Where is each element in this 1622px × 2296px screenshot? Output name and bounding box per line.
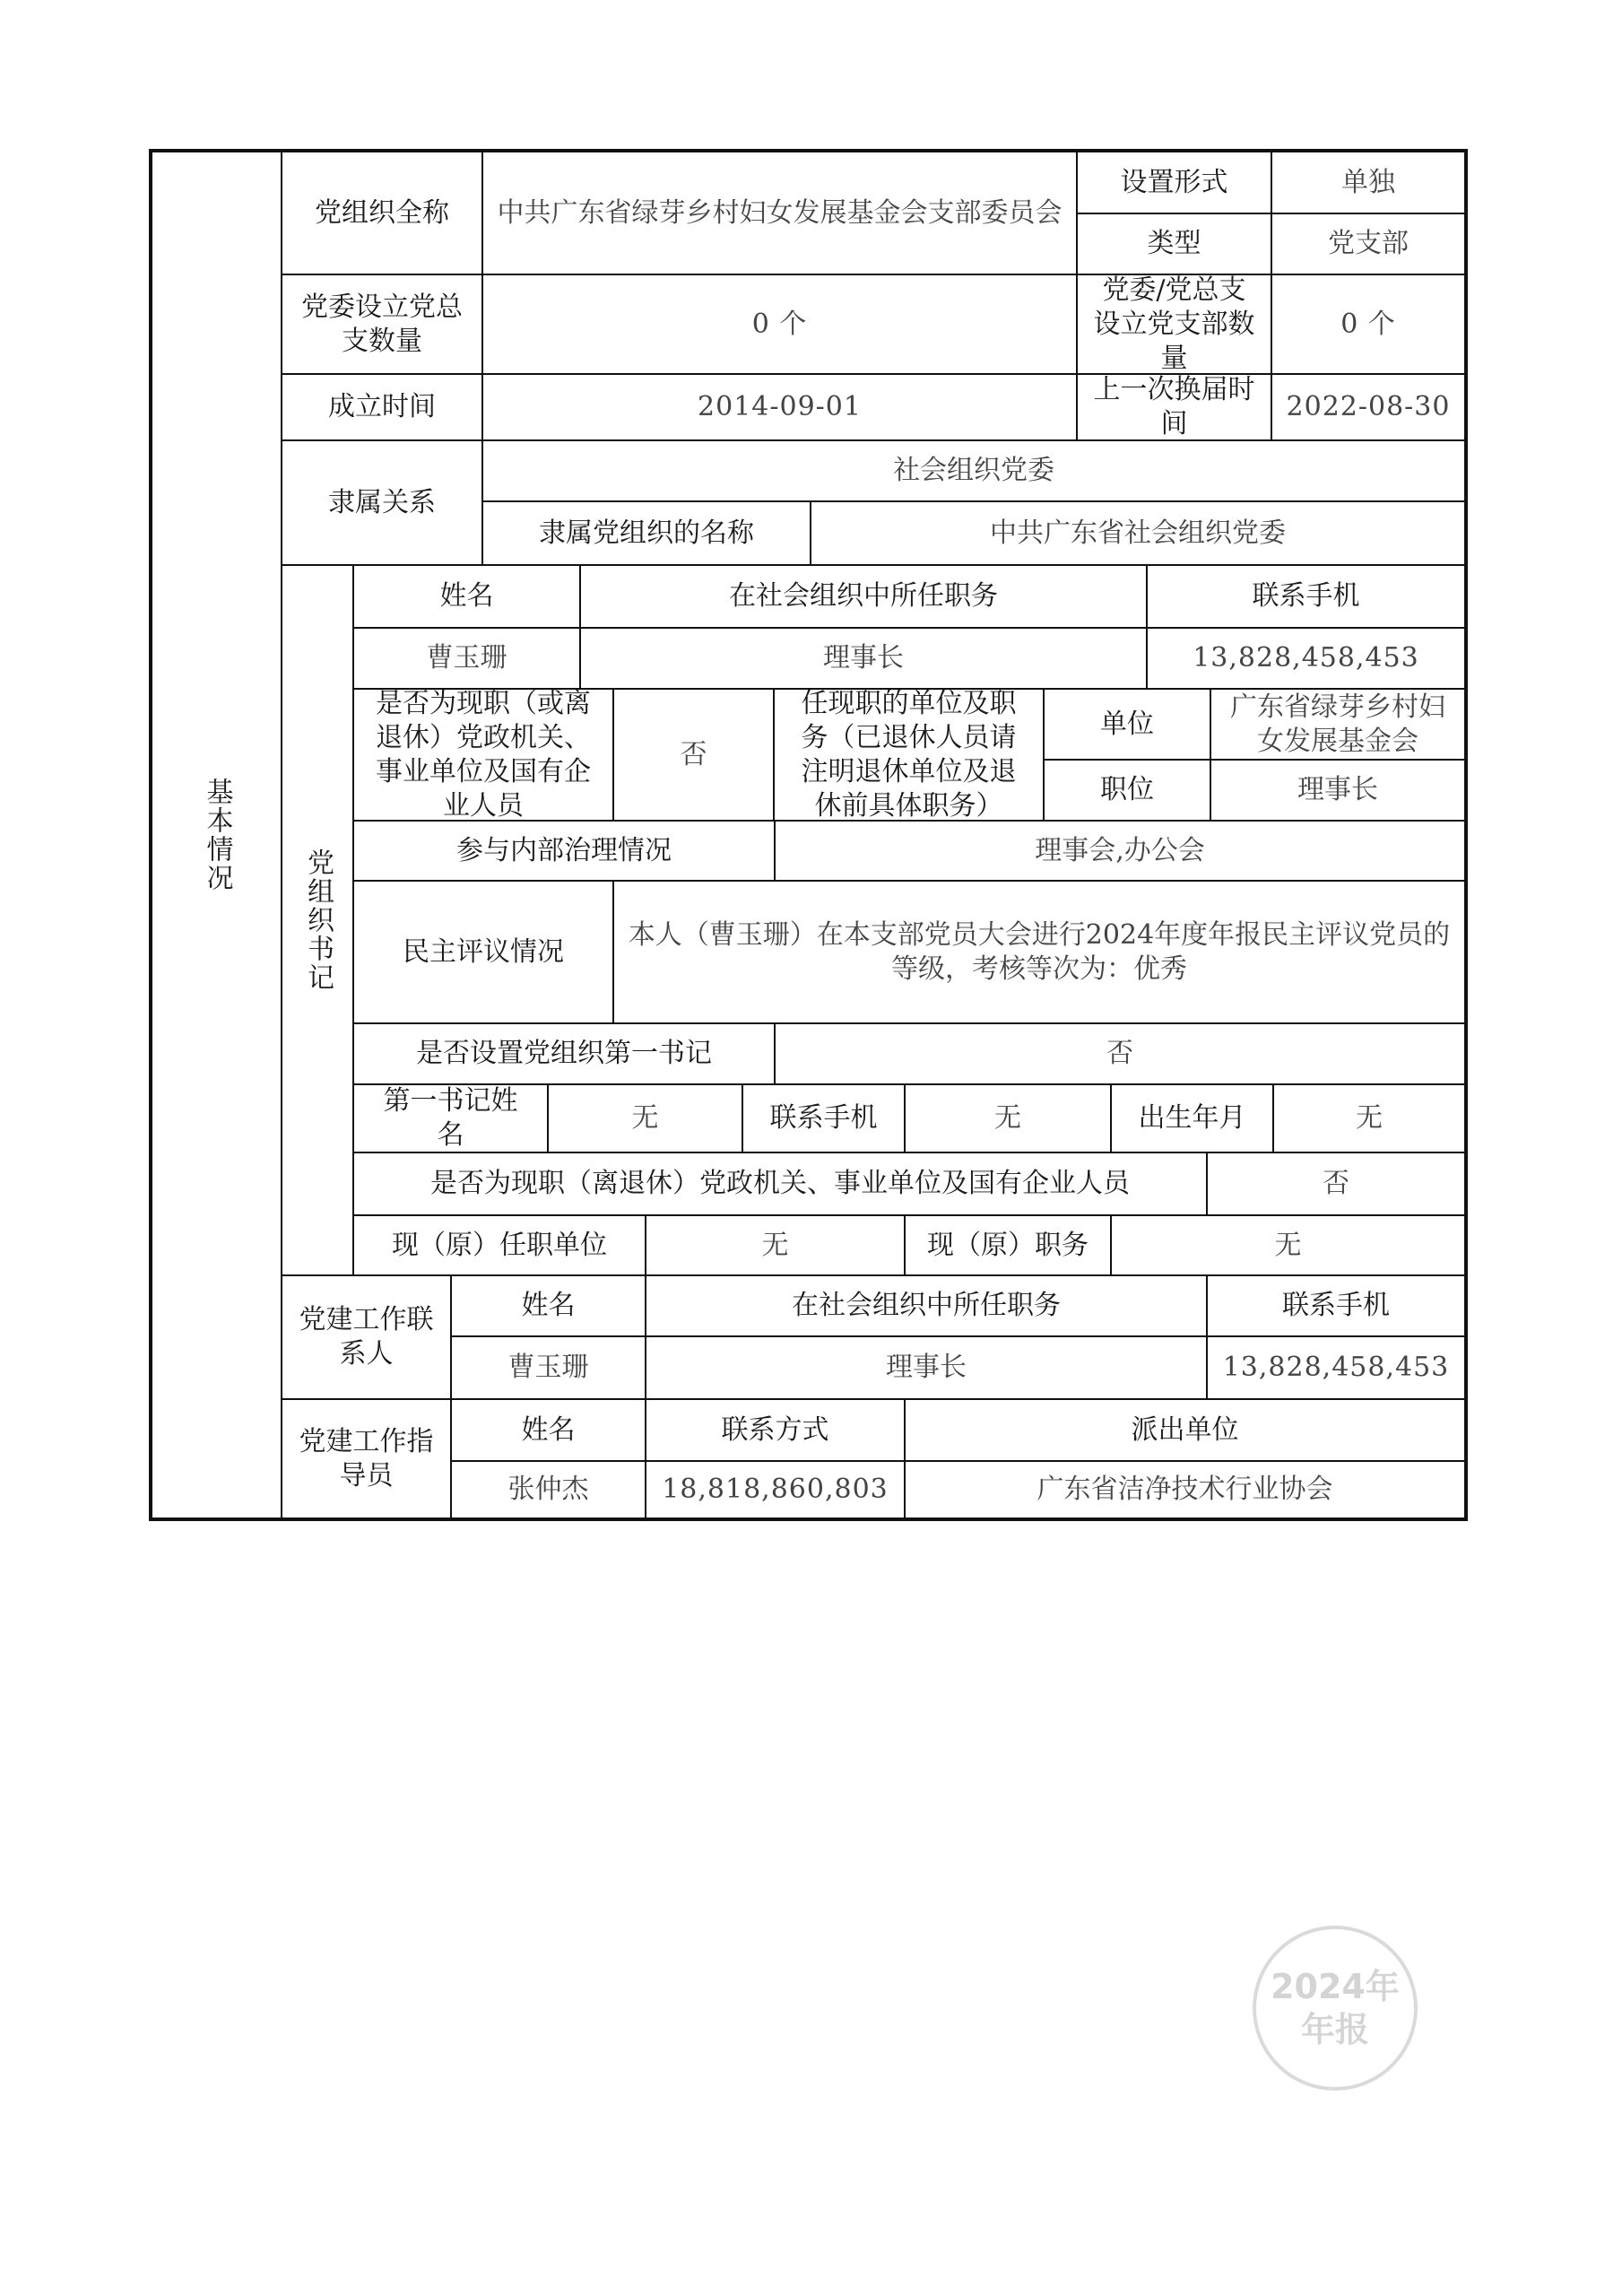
secretary-is-official-label: 是否为现职（或离退休）党政机关、事业单位及国有企业人员 [352, 688, 614, 822]
parent-org-label: 隶属党组织的名称 [481, 500, 811, 566]
secretary-phone: 13,828,458,453 [1146, 627, 1468, 690]
affiliation-label: 隶属关系 [281, 439, 483, 566]
first-secretary-phone: 无 [904, 1083, 1112, 1153]
instructor-dispatch-unit: 广东省洁净技术行业协会 [904, 1460, 1468, 1521]
watermark-line1: 2024年 [1271, 1965, 1400, 2008]
branch-count: 0 个 [1271, 274, 1468, 375]
secretary-header-name: 姓名 [352, 564, 581, 629]
first-secretary-phone-label: 联系手机 [742, 1083, 906, 1153]
instructor-header-unit: 派出单位 [904, 1398, 1468, 1462]
general-branch-count: 0 个 [481, 274, 1078, 375]
founded-label: 成立时间 [281, 373, 483, 441]
first-secretary-name-label: 第一书记姓名 [352, 1083, 549, 1153]
section-label-liaison: 党建工作联系人 [281, 1274, 452, 1400]
type-value: 党支部 [1271, 213, 1468, 275]
affiliation-value: 社会组织党委 [481, 439, 1468, 502]
first-secretary-official-label: 是否为现职（离退休）党政机关、事业单位及国有企业人员 [352, 1152, 1208, 1216]
first-secretary-set-label: 是否设置党组织第一书记 [352, 1022, 776, 1085]
secretary-header-position: 在社会组织中所任职务 [579, 564, 1148, 629]
review-label: 民主评议情况 [352, 880, 614, 1024]
former-job: 无 [1110, 1214, 1468, 1276]
secretary-current-job-label: 任现职的单位及职务（已退休人员请注明退休单位及退休前具体职务） [773, 688, 1045, 822]
first-secretary-birth: 无 [1272, 1083, 1468, 1153]
liaison-phone: 13,828,458,453 [1206, 1335, 1468, 1400]
secretary-job: 理事长 [1210, 759, 1468, 822]
governance-value: 理事会,办公会 [774, 820, 1468, 882]
instructor-contact: 18,818,860,803 [645, 1460, 906, 1521]
former-unit-label: 现（原）任职单位 [352, 1214, 646, 1276]
org-full-name: 中共广东省绿芽乡村妇女发展基金会支部委员会 [481, 149, 1078, 275]
first-secretary-name: 无 [547, 1083, 743, 1153]
last-election-label: 上一次换届时间 [1076, 373, 1272, 441]
first-secretary-set: 否 [774, 1022, 1468, 1085]
secretary-name: 曹玉珊 [352, 627, 581, 690]
first-secretary-official: 否 [1206, 1152, 1468, 1216]
parent-org-value: 中共广东省社会组织党委 [810, 500, 1468, 566]
former-unit: 无 [645, 1214, 906, 1276]
setup-form-label: 设置形式 [1076, 149, 1272, 214]
annual-report-watermark: 2024年 年报 [1253, 1926, 1418, 2091]
setup-form-value: 单独 [1271, 149, 1468, 214]
instructor-name: 张仲杰 [450, 1460, 646, 1521]
secretary-job-label: 职位 [1043, 759, 1211, 822]
review-value: 本人（曹玉珊）在本支部党员大会进行2024年度年报民主评议党员的等级，考核等次为… [612, 880, 1468, 1024]
secretary-unit-label: 单位 [1043, 688, 1211, 761]
last-election-date: 2022-08-30 [1271, 373, 1468, 441]
branch-count-label: 党委/党总支设立党支部数量 [1076, 274, 1272, 375]
governance-label: 参与内部治理情况 [352, 820, 776, 882]
liaison-header-position: 在社会组织中所任职务 [645, 1274, 1208, 1337]
section-label-secretary: 党组织书记 [281, 564, 354, 1276]
type-label: 类型 [1076, 213, 1272, 275]
secretary-header-phone: 联系手机 [1146, 564, 1468, 629]
liaison-header-phone: 联系手机 [1206, 1274, 1468, 1337]
section-label-basic-info: 基本情况 [149, 149, 282, 1521]
watermark-line2: 年报 [1301, 2008, 1369, 2051]
liaison-name: 曹玉珊 [450, 1335, 646, 1400]
first-secretary-birth-label: 出生年月 [1110, 1083, 1274, 1153]
general-branch-count-label: 党委设立党总支数量 [281, 274, 483, 375]
secretary-position: 理事长 [579, 627, 1148, 690]
instructor-header-name: 姓名 [450, 1398, 646, 1462]
founded-date: 2014-09-01 [481, 373, 1078, 441]
secretary-unit: 广东省绿芽乡村妇女发展基金会 [1210, 688, 1468, 761]
section-label-instructor: 党建工作指导员 [281, 1398, 452, 1521]
liaison-header-name: 姓名 [450, 1274, 646, 1337]
liaison-position: 理事长 [645, 1335, 1208, 1400]
former-job-label: 现（原）职务 [904, 1214, 1112, 1276]
org-full-name-label: 党组织全称 [281, 149, 483, 275]
instructor-header-contact: 联系方式 [645, 1398, 906, 1462]
secretary-is-official: 否 [612, 688, 775, 822]
